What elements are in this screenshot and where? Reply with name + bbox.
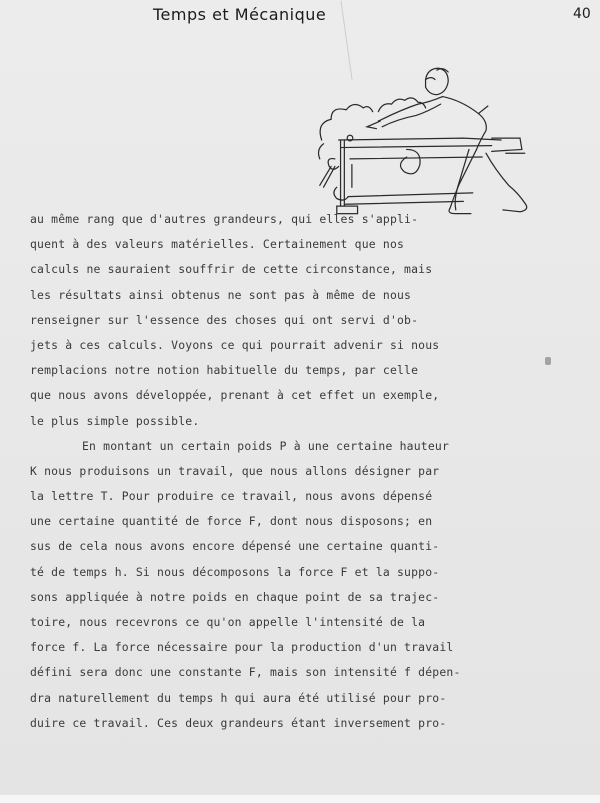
text-line: les résultats ainsi obtenus ne sont pas … [30,283,510,308]
typewritten-body: au même rang que d'autres grandeurs, qui… [30,207,510,736]
text-line: toire, nous recevrons ce qu'on appelle l… [30,610,510,635]
document-page: Temps et Mécanique 40 [0,0,600,795]
text-line: jets à ces calculs. Voyons ce qui pourra… [30,333,510,358]
text-line: remplacions notre notion habituelle du t… [30,358,510,383]
text-line: sons appliquée à notre poids en chaque p… [30,585,510,610]
text-line: une certaine quantité de force F, dont n… [30,509,510,534]
paragraph-start-line: En montant un certain poids P à une cert… [30,434,510,459]
text-line: la lettre T. Pour produire ce travail, n… [30,484,510,509]
page-title: Temps et Mécanique [153,5,326,24]
text-line: que nous avons développée, prenant à cet… [30,383,510,408]
sketch-illustration [300,55,570,225]
text-line: dra naturellement du temps h qui aura ét… [30,686,510,711]
text-line: défini sera donc une constante F, mais s… [30,660,510,685]
text-line: sus de cela nous avons encore dépensé un… [30,534,510,559]
text-line: calculs ne sauraient souffrir de cette c… [30,257,510,282]
text-line: K nous produisons un travail, que nous a… [30,459,510,484]
scan-edge [0,795,600,803]
text-line: renseigner sur l'essence des choses qui … [30,308,510,333]
text-line: le plus simple possible. [30,409,510,434]
ink-smudge [545,357,551,365]
text-line: té de temps h. Si nous décomposons la fo… [30,560,510,585]
text-line: quent à des valeurs matérielles. Certain… [30,232,510,257]
page-number: 40 [573,6,591,22]
text-line: duire ce travail. Ces deux grandeurs éta… [30,711,510,736]
text-line: force f. La force nécessaire pour la pro… [30,635,510,660]
text-line: au même rang que d'autres grandeurs, qui… [30,207,510,232]
